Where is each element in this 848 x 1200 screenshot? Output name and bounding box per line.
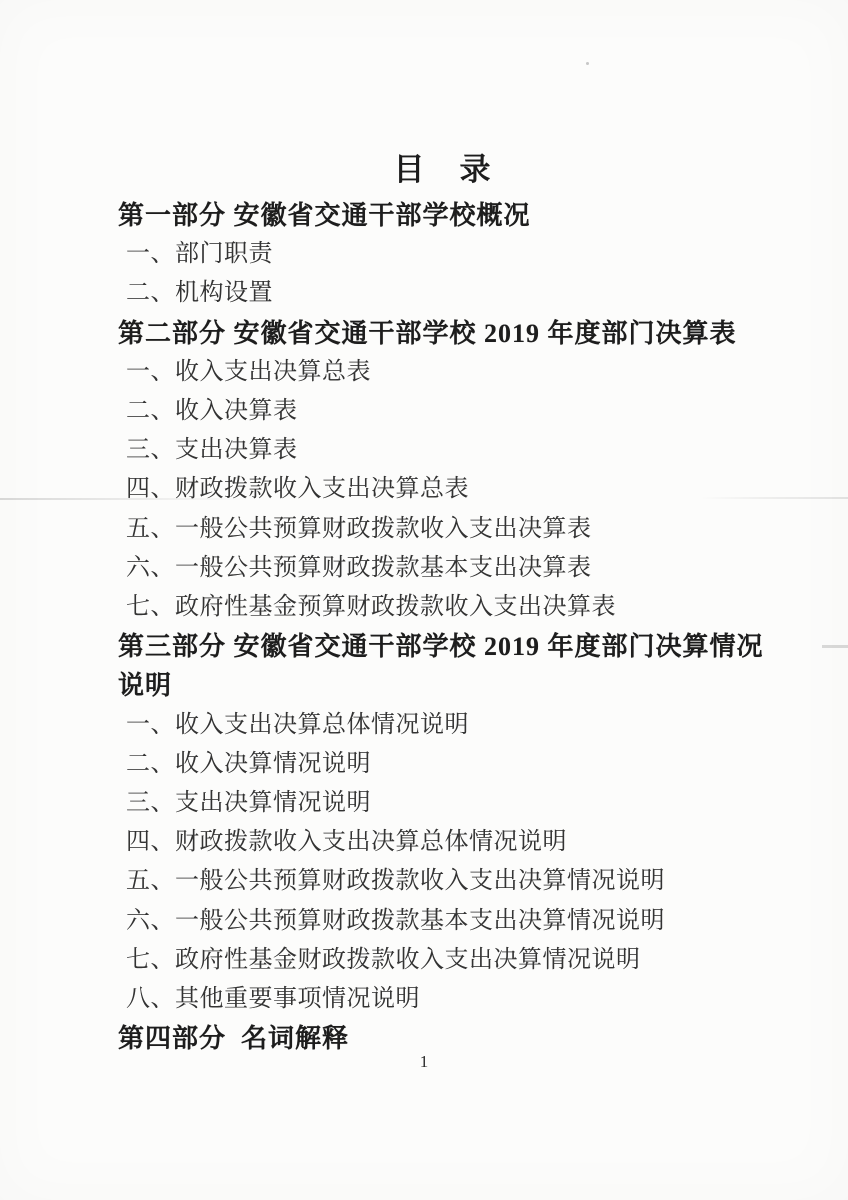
toc-title: 目 录 bbox=[118, 146, 768, 194]
toc-entry: 二、收入决算情况说明 bbox=[118, 745, 768, 784]
toc-entry: 八、其他重要事项情况说明 bbox=[118, 980, 768, 1019]
toc-entry: 二、机构设置 bbox=[118, 274, 768, 313]
toc-section-heading-1: 第一部分 安徽省交通干部学校概况 bbox=[118, 196, 768, 235]
page-number: 1 bbox=[0, 1052, 848, 1072]
toc-entry: 二、收入决算表 bbox=[118, 392, 768, 431]
document-page: 目 录 第一部分 安徽省交通干部学校概况 一、部门职责 二、机构设置 第二部分 … bbox=[0, 0, 848, 1200]
toc-entry: 六、一般公共预算财政拨款基本支出决算情况说明 bbox=[118, 902, 768, 941]
toc-entry: 五、一般公共预算财政拨款收入支出决算表 bbox=[118, 510, 768, 549]
toc-entry: 七、政府性基金预算财政拨款收入支出决算表 bbox=[118, 588, 768, 627]
toc-entry: 一、收入支出决算总表 bbox=[118, 353, 768, 392]
toc-entry: 六、一般公共预算财政拨款基本支出决算表 bbox=[118, 549, 768, 588]
toc-entry: 四、财政拨款收入支出决算总体情况说明 bbox=[118, 823, 768, 862]
toc-section-heading-2: 第二部分 安徽省交通干部学校 2019 年度部门决算表 bbox=[118, 314, 768, 353]
toc-entry: 三、支出决算表 bbox=[118, 431, 768, 470]
toc-entry: 一、部门职责 bbox=[118, 235, 768, 274]
toc-section-heading-3: 第三部分 安徽省交通干部学校 2019 年度部门决算情况说明 bbox=[118, 627, 768, 705]
toc-entry: 三、支出决算情况说明 bbox=[118, 784, 768, 823]
toc-entry: 四、财政拨款收入支出决算总表 bbox=[118, 470, 768, 509]
toc-entry: 五、一般公共预算财政拨款收入支出决算情况说明 bbox=[118, 862, 768, 901]
table-of-contents: 目 录 第一部分 安徽省交通干部学校概况 一、部门职责 二、机构设置 第二部分 … bbox=[0, 0, 848, 1058]
toc-entry: 一、收入支出决算总体情况说明 bbox=[118, 706, 768, 745]
toc-entry: 七、政府性基金财政拨款收入支出决算情况说明 bbox=[118, 941, 768, 980]
